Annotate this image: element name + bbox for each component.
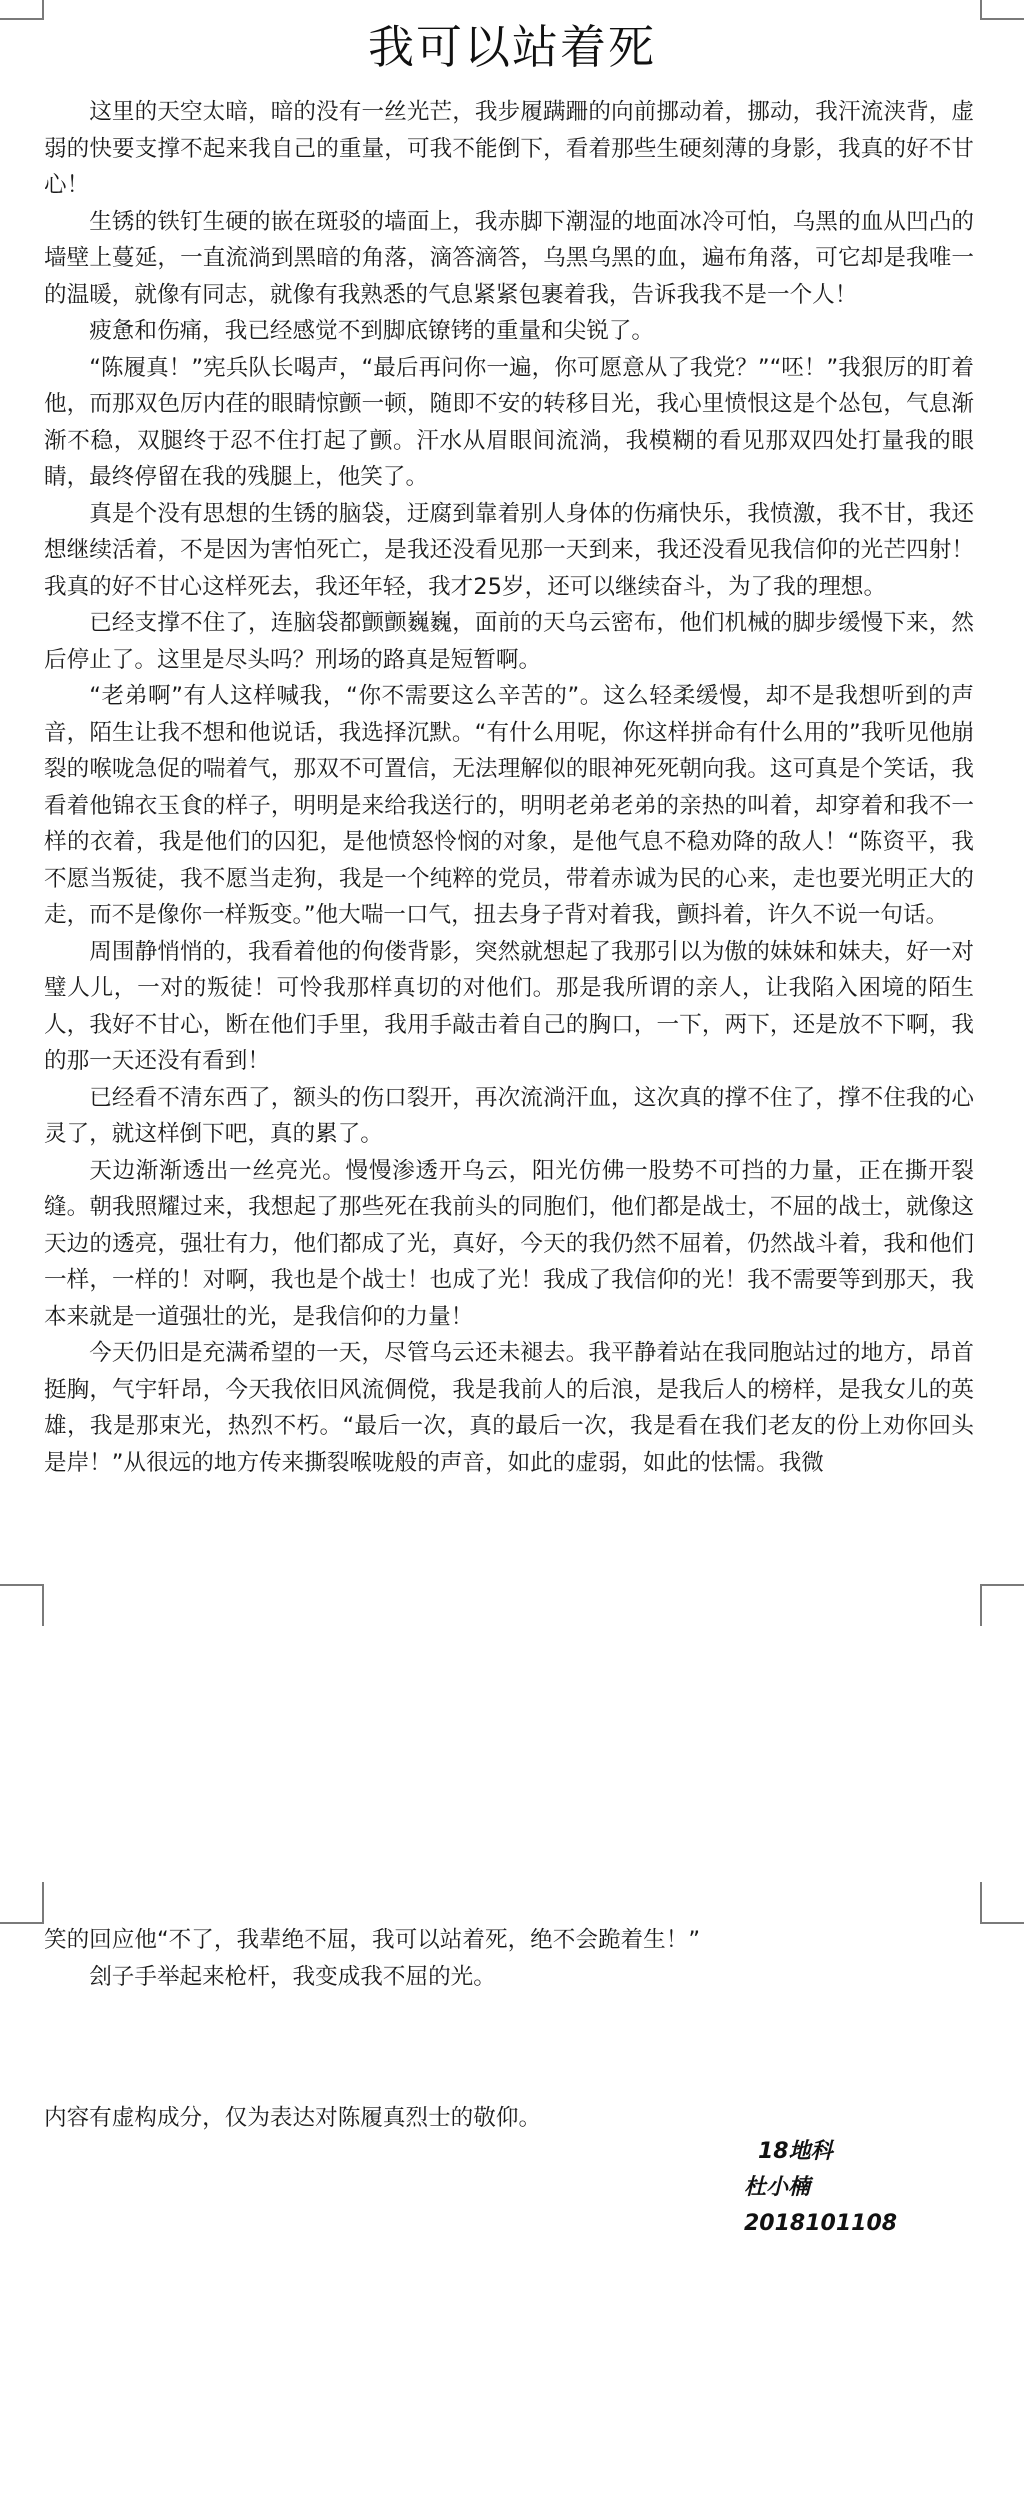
paragraph: 这里的天空太暗，暗的没有一丝光芒，我步履蹒跚的向前挪动着，挪动，我汗流浃背，虚弱… bbox=[44, 94, 974, 204]
paragraph: 真是个没有思想的生锈的脑袋，迂腐到靠着别人身体的伤痛快乐，我愤激，我不甘，我还想… bbox=[44, 496, 974, 606]
paragraph-continuation: 笑的回应他“不了，我辈绝不屈，我可以站着死，绝不会跪着生！” bbox=[44, 1922, 974, 1959]
paragraph: “陈履真！”宪兵队长喝声，“最后再问你一遍，你可愿意从了我党？”“呸！”我狠厉的… bbox=[44, 350, 974, 496]
signature-name: 杜小楠 bbox=[744, 2170, 810, 2206]
page-corner-mark-bottom-right-page1 bbox=[980, 1584, 1024, 1626]
paragraph: 周围静悄悄的，我看着他的佝偻背影，突然就想起了我那引以为傲的妹妹和妹夫，好一对璧… bbox=[44, 934, 974, 1080]
paragraph: 今天仍旧是充满希望的一天，尽管乌云还未褪去。我平静着站在我同胞站过的地方，昂首挺… bbox=[44, 1335, 974, 1481]
paragraph: 天边渐渐透出一丝亮光。慢慢渗透开乌云，阳光仿佛一股势不可挡的力量，正在撕开裂缝。… bbox=[44, 1153, 974, 1336]
author-note: 内容有虚构成分，仅为表达对陈履真烈士的敬仰。 bbox=[44, 2100, 541, 2136]
paragraph: 已经看不清东西了，额头的伤口裂开，再次流淌汗血，这次真的撑不住了，撑不住我的心灵… bbox=[44, 1080, 974, 1153]
paragraph: 疲惫和伤痛，我已经感觉不到脚底镣铐的重量和尖锐了。 bbox=[44, 313, 974, 350]
page-corner-mark-top-left-page2 bbox=[0, 1882, 44, 1924]
document-title: 我可以站着死 bbox=[0, 16, 1024, 78]
page-1-body: 这里的天空太暗，暗的没有一丝光芒，我步履蹒跚的向前挪动着，挪动，我汗流浃背，虚弱… bbox=[44, 94, 974, 1481]
paragraph: 刽子手举起来枪杆，我变成我不屈的光。 bbox=[44, 1959, 974, 1996]
paragraph: 已经支撑不住了，连脑袋都颤颤巍巍，面前的天乌云密布，他们机械的脚步缓慢下来，然后… bbox=[44, 605, 974, 678]
page-2-body: 笑的回应他“不了，我辈绝不屈，我可以站着死，绝不会跪着生！” 刽子手举起来枪杆，… bbox=[44, 1922, 974, 1995]
paragraph: 生锈的铁钉生硬的嵌在斑驳的墙面上，我赤脚下潮湿的地面冰冷可怕，乌黑的血从凹凸的墙… bbox=[44, 204, 974, 314]
signature-class: 18地科 bbox=[758, 2134, 833, 2170]
paragraph: “老弟啊”有人这样喊我，“你不需要这么辛苦的”。这么轻柔缓慢，却不是我想听到的声… bbox=[44, 678, 974, 934]
page-corner-mark-bottom-left-page1 bbox=[0, 1584, 44, 1626]
page-corner-mark-top-right-page2 bbox=[980, 1882, 1024, 1924]
signature-student-id: 2018101108 bbox=[744, 2206, 897, 2242]
